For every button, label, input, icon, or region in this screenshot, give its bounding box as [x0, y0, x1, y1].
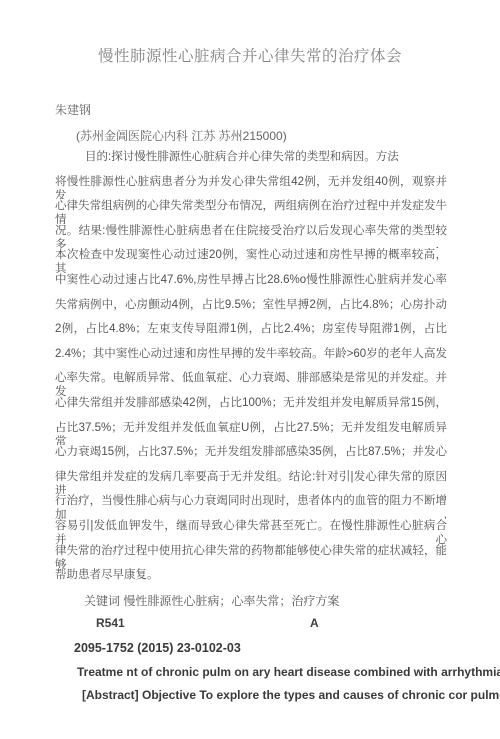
article-number: 2095-1752 (2015) 23-0102-03 — [74, 641, 241, 655]
abstract-line: 律失常的治疗过程中使用抗心律失常的药物都能够使心律失常的症状减轻，能够 — [55, 544, 447, 569]
abstract-line: 况。结果:慢性腓源性心脏病患者在住院接受治疗以后发现心率失常的类型较多， — [55, 224, 447, 249]
abstract-line: 2例，占比4.8%；左束支传导阻滞1例，占比2.4%；房室传导阻滞1例，占比 — [55, 322, 447, 347]
abstract-line: 本次检查中发现窦性心动过速20例，窦性心动过速和房性早搏的概率较高，其 — [55, 248, 447, 273]
abstract-line: 心律失常组病例的心律失常类型分布情况，两组病例在治疗过程中并发症发牛情 — [55, 199, 447, 224]
abstract-line: 2.4%；其中窦性心动过速和房性早搏的发牛率较高。年龄>60岁的老年人高发 — [55, 347, 447, 372]
keywords-line: 关键词 慢性腓源性心脏病；心率失常；治疗方案 — [84, 592, 339, 609]
document-type-code: A — [310, 616, 319, 630]
abstract-line: 目的:探讨慢性腓源性心脏病合并心律失常的类型和病因。方法 — [55, 150, 447, 175]
abstract-line: 占比37.5%；无并发组并发低血氧症U例，占比27.5%；无并发组发电解质异常 — [55, 421, 447, 446]
abstract-line: 律失常组并发症的发病几率要高于无并发组。结论:针对引|发心律失常的原因进 — [55, 470, 447, 495]
abstract-line: 容易引|发低血钾发牛，继而导致心律失常甚至死亡。在慢性腓源性心脏病合并心 — [55, 519, 447, 544]
abstract-line: 心律失常组并发腓部感染42例，占比100%；无并发组并发电解质异常15例， — [55, 396, 447, 421]
abstract-line: 失常病例中，心房颤动4例，占比9.5%；室性早搏2例，占比4.8%；心房扑动 — [55, 298, 447, 323]
abstract-line: 将慢性腓源性心脏病患者分为并发心律失常组42例，无并发组40例，观察并发 — [55, 175, 447, 200]
abstract-line: 心率失常。电解质异常、低血氧症、心力衰竭、腓部感染是常见的并发症。并发 — [55, 371, 447, 396]
abstract-line: 心力衰竭15例，占比37.5%；无并发组发腓部感染35例，占比87.5%；并发心 — [55, 445, 447, 470]
author-affiliation: (苏州金阊医院心内科 江苏 苏州215000) — [76, 127, 287, 144]
paper-page: 慢性肺源性心脏病合并心律失常的治疗体会 朱建钢 (苏州金阊医院心内科 江苏 苏州… — [0, 0, 500, 739]
abstract-line: 帮助患者尽早康复。 — [55, 568, 447, 593]
abstract-line: 中窦性心动过速占比47.6%,房性早搏占比28.6%o慢性腓源性心脏病并发心率 — [55, 273, 447, 298]
paper-title: 慢性肺源性心脏病合并心律失常的治疗体会 — [0, 44, 500, 66]
abstract-paragraph: 目的:探讨慢性腓源性心脏病合并心律失常的类型和病因。方法将慢性腓源性心脏病患者分… — [55, 150, 447, 593]
english-title: Treatme nt of chronic pulm on ary heart … — [77, 665, 500, 679]
classification-code: R541 — [96, 616, 125, 630]
author-name: 朱建钢 — [55, 101, 91, 118]
english-abstract-line: [Abstract] Objective To explore the type… — [82, 688, 500, 702]
abstract-line: 行治疗，当慢性腓心病与心力衰竭同时出现时，患者体内的血管的阻力不断增加, — [55, 494, 447, 519]
